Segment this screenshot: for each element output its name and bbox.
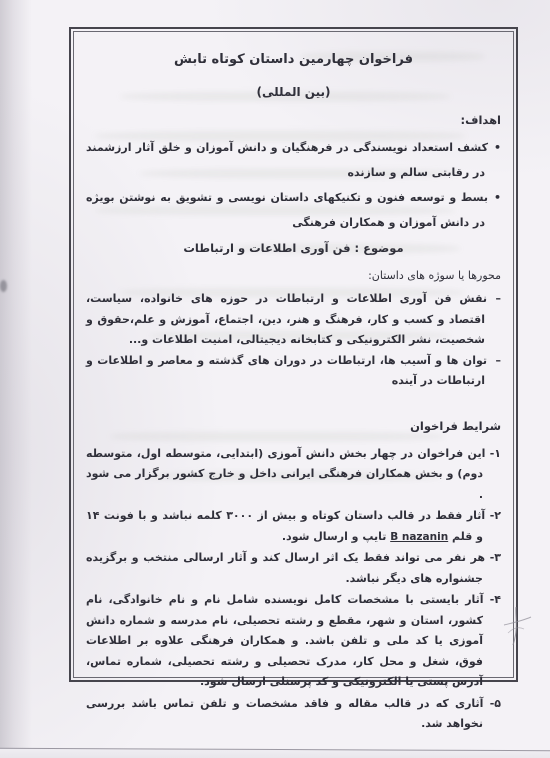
goal-text: کشف استعداد نویسندگی در فرهنگیان و دانش …	[86, 141, 488, 179]
goal-text: بسط و توسعه فنون و تکنیکهای داستان نویسی…	[86, 191, 488, 229]
condition-text: این فراخوان در چهار بخش دانش آموزی (ابتد…	[86, 447, 485, 501]
goals-list: •کشف استعداد نویسندگی در فرهنگیان و دانش…	[86, 135, 501, 235]
themes-heading: محورها یا سوژه های داستان:	[86, 268, 501, 283]
goal-item: •بسط و توسعه فنون و تکنیکهای داستان نویس…	[86, 185, 501, 235]
theme-item: –نقش فن آوری اطلاعات و ارتباطات در حوزه …	[86, 289, 501, 351]
conditions-list: ۱- این فراخوان در چهار بخش دانش آموزی (ا…	[86, 444, 501, 735]
document-frame: فراخوان چهارمین داستان کوتاه تابش (بین ا…	[69, 27, 518, 682]
latin-font-name: B nazanin	[390, 531, 448, 543]
goals-heading: اهداف:	[86, 113, 501, 128]
condition-item: ۴- آثار بایستی با مشخصات کامل نویسنده شا…	[86, 590, 501, 693]
condition-number: ۲-	[490, 509, 501, 522]
paper-bottom-edge	[0, 748, 550, 758]
goal-item: •کشف استعداد نویسندگی در فرهنگیان و دانش…	[86, 135, 501, 185]
condition-number: ۵-	[490, 697, 501, 710]
condition-text: آثار بایستی با مشخصات کامل نویسنده شامل …	[86, 593, 484, 688]
dash-icon: –	[487, 289, 501, 310]
condition-text: هر نفر می تواند فقط یک اثر ارسال کند و آ…	[86, 551, 485, 585]
pen-scribble	[500, 603, 536, 649]
dash-icon: –	[487, 351, 501, 372]
bullet-icon: •	[488, 135, 501, 160]
theme-text: نقش فن آوری اطلاعات و ارتباطات در حوزه ه…	[86, 292, 487, 346]
theme-text: توان ها و آسیب ها، ارتباطات در دوران های…	[86, 354, 487, 388]
frame-inner: فراخوان چهارمین داستان کوتاه تابش (بین ا…	[73, 31, 514, 678]
bullet-icon: •	[488, 185, 501, 210]
condition-number: ۳-	[490, 551, 501, 564]
condition-item: ۳- هر نفر می تواند فقط یک اثر ارسال کند …	[86, 548, 501, 589]
condition-text: تایپ و ارسال شود.	[282, 530, 390, 543]
edge-speck	[0, 280, 7, 292]
page-subtitle: (بین المللی)	[86, 84, 501, 100]
theme-item: –توان ها و آسیب ها، ارتباطات در دوران ها…	[86, 351, 501, 392]
conditions-heading: شرایط فراخوان	[86, 419, 501, 434]
condition-text: آثاری که در قالب مقاله و فاقد مشخصات و ت…	[86, 697, 483, 731]
scanned-page: فراخوان چهارمین داستان کوتاه تابش (بین ا…	[0, 0, 550, 758]
page-title: فراخوان چهارمین داستان کوتاه تابش	[86, 51, 501, 68]
condition-item: ۵- آثاری که در قالب مقاله و فاقد مشخصات …	[86, 694, 501, 735]
condition-item: ۱- این فراخوان در چهار بخش دانش آموزی (ا…	[86, 444, 501, 506]
condition-item: ۲- آثار فقط در قالب داستان کوتاه و بیش ا…	[86, 506, 501, 547]
subject-line: موضوع : فن آوری اطلاعات و ارتباطات	[86, 241, 501, 256]
condition-number: ۱-	[490, 447, 501, 460]
